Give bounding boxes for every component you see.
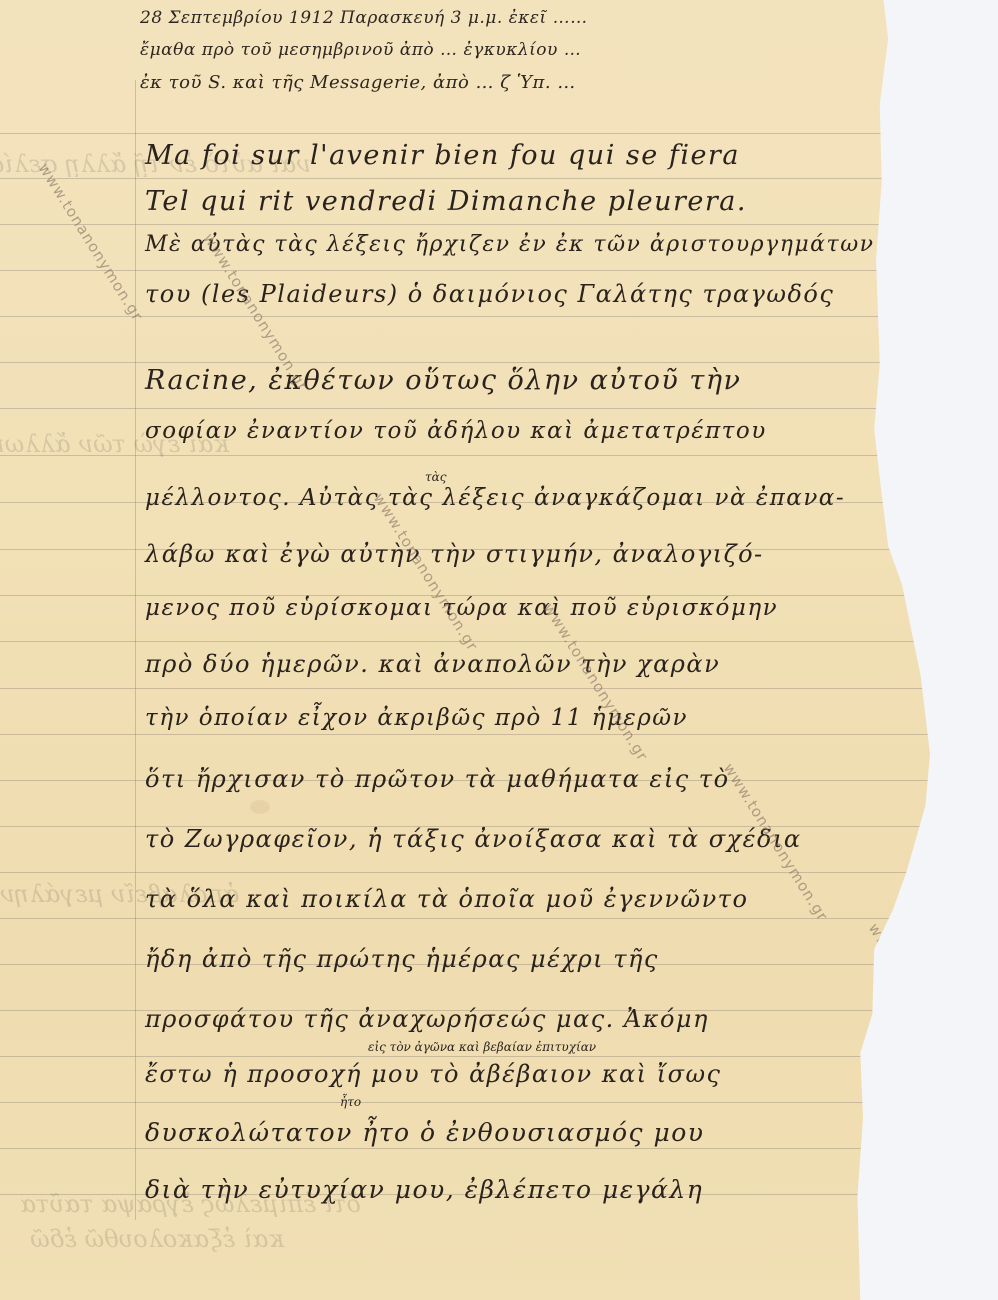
body-line: τὰ ὅλα καὶ ποικίλα τὰ ὁποῖα μοῦ ἐγεννῶντ… [145,885,748,913]
watermark: www.tonanonymon.gr [370,490,482,655]
header-line: ἐκ τοῦ S. καὶ τῆς Messagerie, ἀπὸ … ζ Ὑπ… [140,72,576,93]
body-line: διὰ τὴν εὐτυχίαν μου, ἐβλέπετο μεγάλη [145,1175,703,1204]
body-line: ὅτι ἤρχισαν τὸ πρῶτον τὰ μαθήματα εἰς τὸ [145,765,730,793]
ruled-line [0,734,930,735]
interlinear-note: τὰς [425,470,446,484]
ruled-line [0,133,930,134]
body-line: Ma foi sur l'avenir bien fou qui se fier… [145,140,740,171]
ruled-line [0,270,930,271]
interlinear-note: εἰς τὸν ἀγῶνα καὶ βεβαίαν ἐπιτυχίαν [368,1040,596,1054]
watermark: www.tonanonymon.gr [540,600,652,765]
body-line: δυσκολώτατον ἦτο ὁ ἐνθουσιασμός μου [145,1118,705,1147]
ruled-line [0,362,930,363]
ruled-line [0,224,930,225]
header-line: 28 Σεπτεμβρίου 1912 Παρασκευή 3 μ.μ. ἐκε… [140,8,588,28]
body-line: Racine, ἐκθέτων οὕτως ὅλην αὐτοῦ τὴν [145,365,741,396]
ink-stain [250,800,270,814]
ruled-line [0,918,930,919]
margin-line [135,80,136,1220]
body-line: Tel qui rit vendredi Dimanche pleurera. [145,186,747,217]
body-line: μέλλοντος. Αὐτὰς τὰς λέξεις ἀναγκάζομαι … [145,485,845,511]
bleed-through-text: καὶ ἐξακολουθῶ ἐδῶ [30,1225,284,1253]
body-line: τὸ Ζωγραφεῖον, ἡ τάξις ἀνοίξασα καὶ τὰ σ… [145,825,802,853]
ruled-line [0,1102,930,1103]
letter-paper: ναι αὐτὸ ἐν τῇ ἄλλῃ σελίδι καὶ ἐγὼ τῶν ἄ… [0,0,930,1300]
body-line: προσφάτου τῆς ἀναχωρήσεώς μας. Ἀκόμη [145,1005,709,1033]
ruled-line [0,408,930,409]
header-line: ἔμαθα πρὸ τοῦ μεσημβρινοῦ ἀπὸ … ἐγκυκλίο… [140,40,581,60]
body-line: πρὸ δύο ἡμερῶν. καὶ ἀναπολῶν τὴν χαρὰν [145,650,720,678]
ruled-line [0,1148,930,1149]
ruled-line [0,1056,930,1057]
ruled-line [0,688,930,689]
watermark: www.tonanonymon.gr [865,920,977,1085]
body-line: Μὲ αὐτὰς τὰς λέξεις ἤρχιζεν ἐν ἐκ τῶν ἀρ… [145,232,875,257]
interlinear-note: ἦτο [340,1095,361,1109]
body-line: ἔστω ἡ προσοχή μου τὸ ἀβέβαιον καὶ ἴσως [145,1060,722,1088]
body-line: σοφίαν ἐναντίον τοῦ ἀδήλου καὶ ἀμετατρέπ… [145,418,767,444]
body-line: λάβω καὶ ἐγὼ αὐτὴν τὴν στιγμήν, ἀναλογιζ… [145,540,764,568]
watermark: www.tonanonymon.gr [35,160,147,325]
body-line: ἤδη ἀπὸ τῆς πρώτης ἡμέρας μέχρι τῆς [145,945,659,973]
ruled-line [0,178,930,179]
